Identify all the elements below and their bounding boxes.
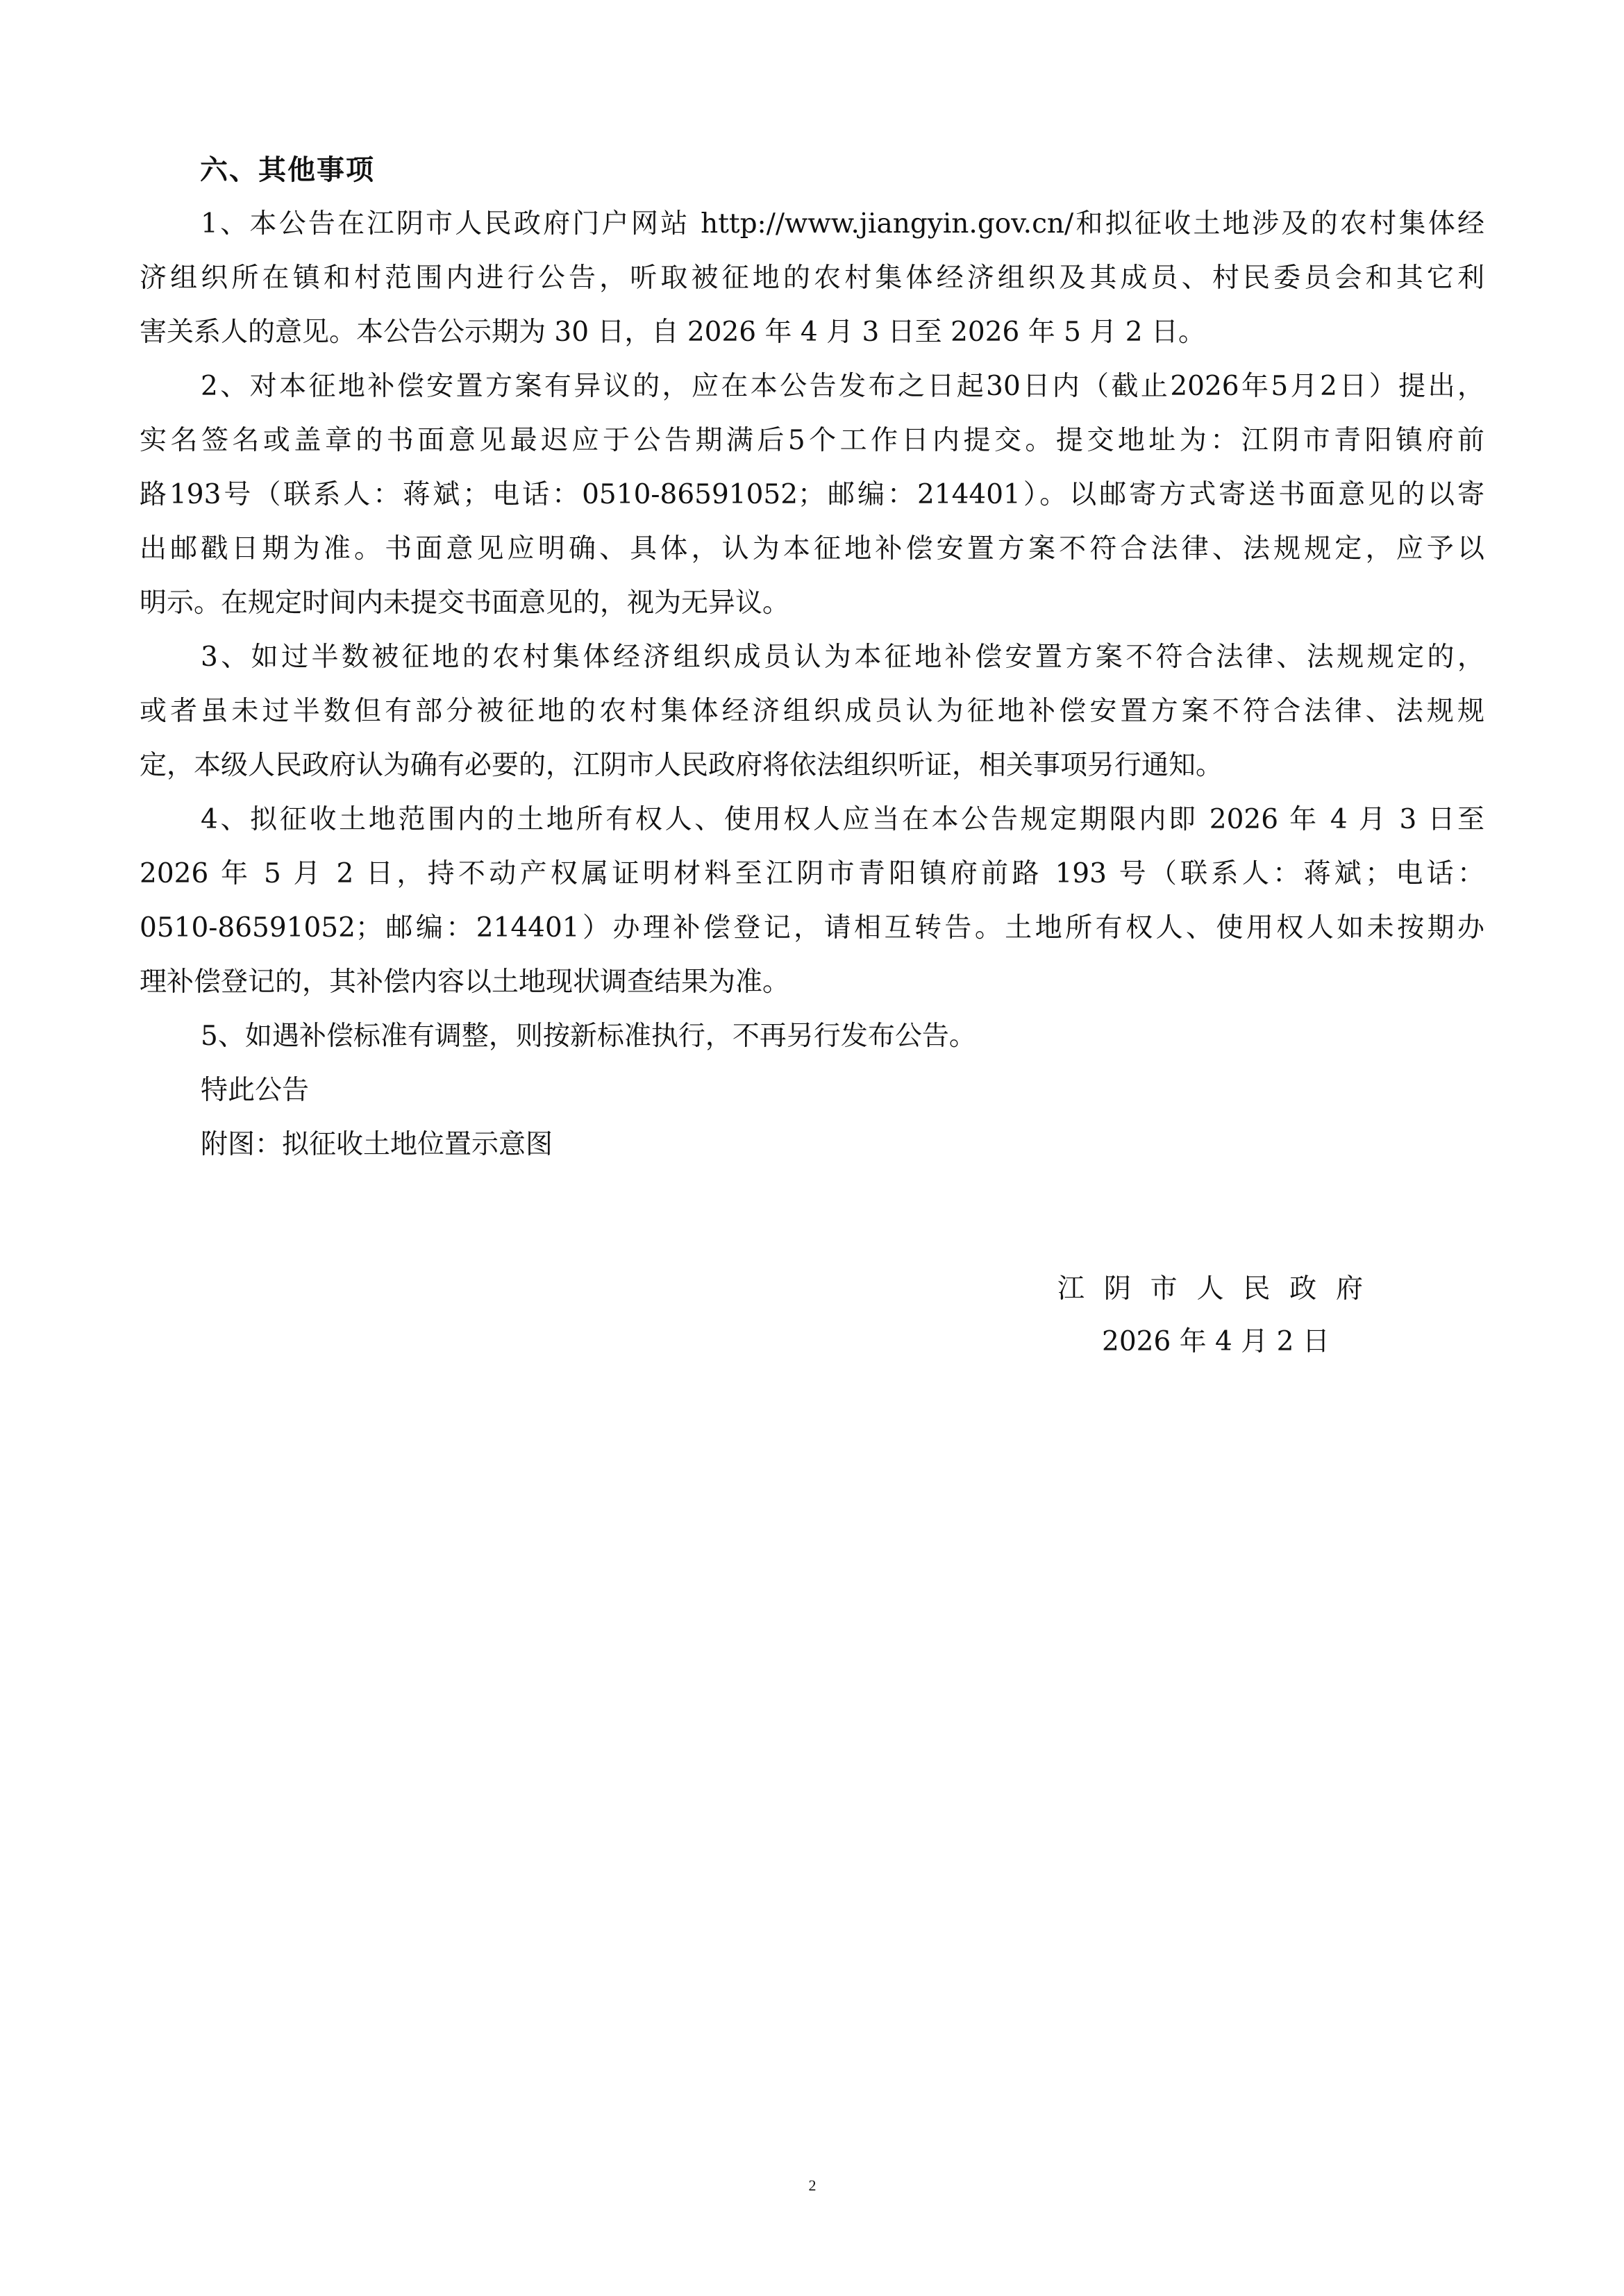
paragraph-line: 5、如遇补偿标准有调整，则按新标准执行，不再另行发布公告。 bbox=[140, 1009, 1484, 1064]
document-page: 六、其他事项 1、本公告在江阴市人民政府门户网站 http://www.jian… bbox=[0, 0, 1624, 2296]
paragraph-line: 明示。在规定时间内未提交书面意见的，视为无异议。 bbox=[140, 576, 1484, 630]
paragraph-line: 3、如过半数被征地的农村集体经济组织成员认为本征地补偿安置方案不符合法律、法规规… bbox=[140, 630, 1484, 685]
attachment-note: 附图：拟征收土地位置示意图 bbox=[140, 1118, 1484, 1172]
paragraph-line: 0510-86591052；邮编：214401）办理补偿登记，请相互转告。土地所… bbox=[140, 901, 1484, 955]
section-heading: 六、其他事项 bbox=[200, 149, 375, 192]
paragraph-line: 路193号（联系人：蒋斌；电话：0510-86591052；邮编：214401）… bbox=[140, 468, 1484, 522]
paragraph-line: 理补偿登记的，其补偿内容以土地现状调查结果为准。 bbox=[140, 955, 1484, 1009]
paragraph-item-4: 4、拟征收土地范围内的土地所有权人、使用权人应当在本公告规定期限内即 2026 … bbox=[140, 793, 1484, 1009]
document-body: 1、本公告在江阴市人民政府门户网站 http://www.jiangyin.go… bbox=[140, 197, 1484, 1172]
paragraph-line: 害关系人的意见。本公告公示期为 30 日，自 2026 年 4 月 3 日至 2… bbox=[140, 305, 1484, 360]
paragraph-line: 实名签名或盖章的书面意见最迟应于公告期满后5个工作日内提交。提交地址为：江阴市青… bbox=[140, 414, 1484, 468]
paragraph-line: 4、拟征收土地范围内的土地所有权人、使用权人应当在本公告规定期限内即 2026 … bbox=[140, 793, 1484, 847]
paragraph-item-5: 5、如遇补偿标准有调整，则按新标准执行，不再另行发布公告。 bbox=[140, 1009, 1484, 1064]
page-number: 2 bbox=[798, 2177, 826, 2195]
paragraph-line: 1、本公告在江阴市人民政府门户网站 http://www.jiangyin.go… bbox=[140, 197, 1484, 251]
paragraph-line: 出邮戳日期为准。书面意见应明确、具体，认为本征地补偿安置方案不符合法律、法规规定… bbox=[140, 522, 1484, 576]
paragraph-item-1: 1、本公告在江阴市人民政府门户网站 http://www.jiangyin.go… bbox=[140, 197, 1484, 360]
signature-organization: 江 阴 市 人 民 政 府 bbox=[1057, 1268, 1363, 1310]
signature-date: 2026 年 4 月 2 日 bbox=[1102, 1321, 1319, 1363]
paragraph-item-2: 2、对本征地补偿安置方案有异议的，应在本公告发布之日起30日内（截止2026年5… bbox=[140, 360, 1484, 630]
paragraph-line: 或者虽未过半数但有部分被征地的农村集体经济组织成员认为征地补偿安置方案不符合法律… bbox=[140, 685, 1484, 739]
paragraph-item-3: 3、如过半数被征地的农村集体经济组织成员认为本征地补偿安置方案不符合法律、法规规… bbox=[140, 630, 1484, 793]
paragraph-line: 定，本级人民政府认为确有必要的，江阴市人民政府将依法组织听证，相关事项另行通知。 bbox=[140, 739, 1484, 793]
closing-text: 特此公告 bbox=[140, 1064, 1484, 1118]
paragraph-line: 济组织所在镇和村范围内进行公告，听取被征地的农村集体经济组织及其成员、村民委员会… bbox=[140, 251, 1484, 305]
paragraph-line: 2026 年 5 月 2 日，持不动产权属证明材料至江阴市青阳镇府前路 193 … bbox=[140, 847, 1484, 901]
paragraph-line: 2、对本征地补偿安置方案有异议的，应在本公告发布之日起30日内（截止2026年5… bbox=[140, 360, 1484, 414]
